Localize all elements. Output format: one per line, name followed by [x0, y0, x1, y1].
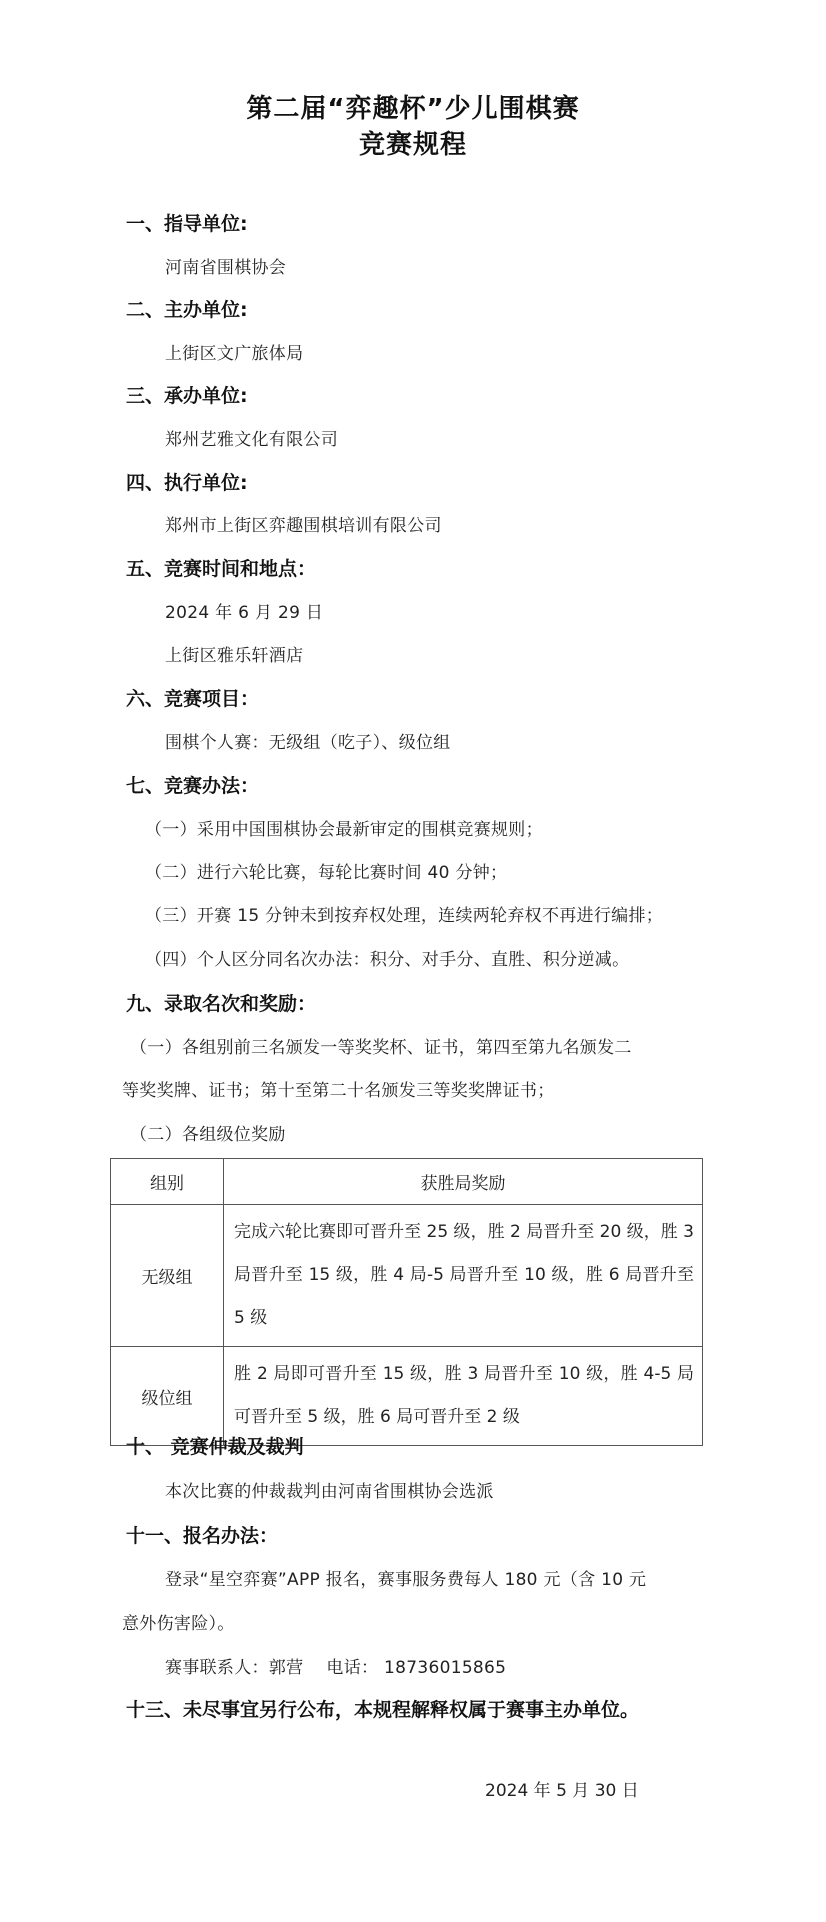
section-text: 郑州艺雅文化有限公司 [165, 425, 338, 450]
section-heading-guidance: 一、指导单位: [126, 209, 248, 236]
section-heading-host: 二、主办单位: [126, 295, 248, 322]
rule-item: （三）开赛 15 分钟未到按弃权处理，连续两轮弃权不再进行编排； [145, 901, 663, 926]
level-award-table: 组别 获胜局奖励 无级组 完成六轮比赛即可晋升至 25 级，胜 2 局晋升至 2… [110, 1158, 703, 1446]
event-venue: 上街区雅乐轩酒店 [165, 641, 303, 666]
table-row: 级位组 胜 2 局即可晋升至 15 级，胜 3 局晋升至 10 级，胜 4-5 … [111, 1347, 703, 1446]
table-cell-reward: 完成六轮比赛即可晋升至 25 级，胜 2 局晋升至 20 级，胜 3 局晋升至 … [224, 1205, 703, 1347]
table-cell-group: 无级组 [111, 1205, 224, 1347]
table-cell-group: 级位组 [111, 1347, 224, 1446]
award-item: （一）各组别前三名颁发一等奖奖杯、证书，第四至第九名颁发二 [130, 1033, 632, 1058]
registration-text-continued: 意外伤害险）。 [122, 1609, 235, 1634]
section-text: 上街区文广旅体局 [165, 339, 303, 364]
section-heading-final-note: 十三、未尽事宜另行公布，本规程解释权属于赛事主办单位。 [126, 1695, 639, 1722]
rule-item: （二）进行六轮比赛，每轮比赛时间 40 分钟； [145, 858, 507, 883]
table-header-group: 组别 [111, 1159, 224, 1205]
registration-text: 登录“星空弈赛”APP 报名，赛事服务费每人 180 元（含 10 元 [165, 1565, 646, 1590]
section-text: 围棋个人赛：无级组（吃子）、级位组 [165, 728, 451, 753]
table-header-reward: 获胜局奖励 [224, 1159, 703, 1205]
event-date: 2024 年 6 月 29 日 [165, 598, 323, 623]
section-heading-time-place: 五、竞赛时间和地点： [126, 554, 316, 581]
section-heading-method: 七、竞赛办法： [126, 771, 259, 798]
section-heading-awards: 九、录取名次和奖励： [126, 989, 316, 1016]
section-heading-organizer: 三、承办单位: [126, 381, 248, 408]
document-title: 第二届“弈趣杯”少儿围棋赛 [0, 88, 826, 125]
table-row: 无级组 完成六轮比赛即可晋升至 25 级，胜 2 局晋升至 20 级，胜 3 局… [111, 1205, 703, 1347]
rule-item: （一）采用中国围棋协会最新审定的围棋竞赛规则； [145, 815, 543, 840]
award-item: （二）各组级位奖励 [130, 1120, 286, 1145]
section-heading-executor: 四、执行单位: [126, 468, 248, 495]
section-text: 本次比赛的仲裁裁判由河南省围棋协会选派 [165, 1477, 494, 1502]
award-item-continued: 等奖奖牌、证书；第十至第二十名颁发三等奖奖牌证书； [122, 1076, 555, 1101]
section-heading-events: 六、竞赛项目： [126, 684, 259, 711]
section-text: 郑州市上街区弈趣围棋培训有限公司 [165, 511, 442, 536]
section-heading-registration: 十一、报名办法： [126, 1521, 278, 1548]
contact-info: 赛事联系人：郭营 电话： 18736015865 [165, 1653, 506, 1678]
section-text: 河南省围棋协会 [165, 253, 286, 278]
table-header-row: 组别 获胜局奖励 [111, 1159, 703, 1205]
table-cell-reward: 胜 2 局即可晋升至 15 级，胜 3 局晋升至 10 级，胜 4-5 局可晋升… [224, 1347, 703, 1446]
section-heading-arbitration: 十、 竞赛仲裁及裁判 [126, 1432, 304, 1459]
document-subtitle: 竞赛规程 [0, 124, 826, 161]
document-date: 2024 年 5 月 30 日 [485, 1776, 639, 1801]
document-page: 第二届“弈趣杯”少儿围棋赛 竞赛规程 一、指导单位: 河南省围棋协会 二、主办单… [0, 0, 826, 1922]
rule-item: （四）个人区分同名次办法：积分、对手分、直胜、积分逆减。 [145, 945, 629, 970]
